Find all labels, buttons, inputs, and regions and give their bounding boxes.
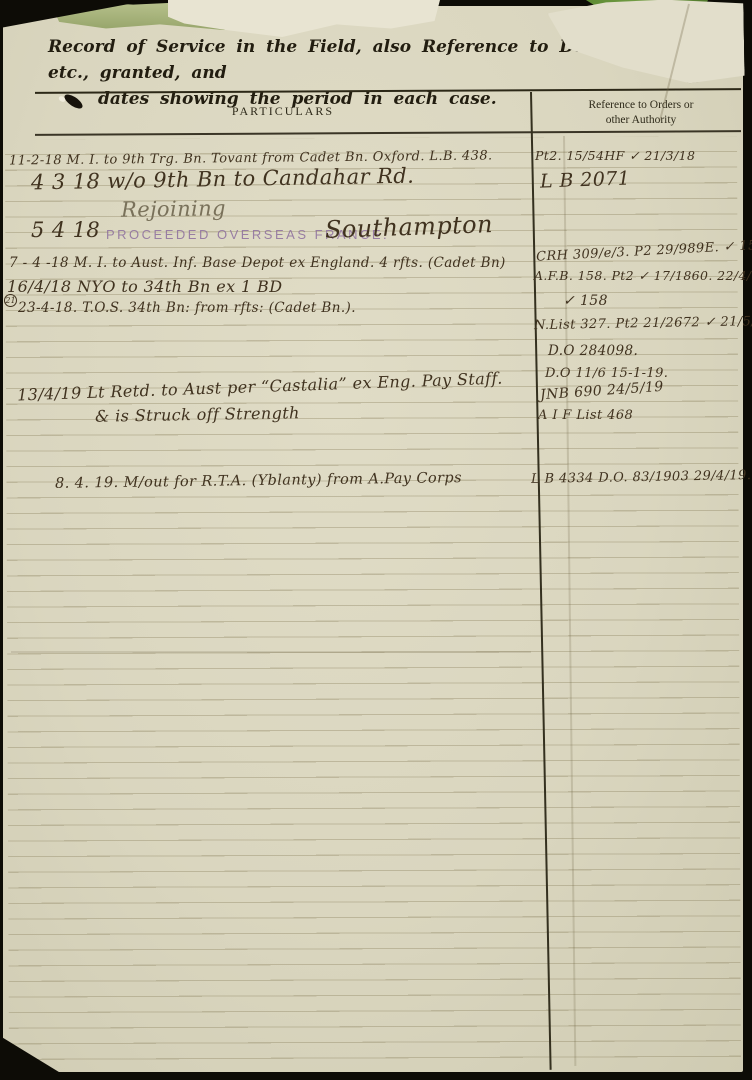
reference-10: A I F List 468 (538, 408, 633, 423)
entry-1918-04-05-date: 5 4 18 (31, 218, 100, 242)
reference-1: Pt2. 15/54HF ✓ 21/3/18 (535, 148, 695, 163)
reference-header-line-1: Reference to Orders or (588, 99, 693, 111)
entry-1918-04-07: 7 - 4 -18 M. I. to Aust. Inf. Base Depot… (9, 255, 506, 271)
reference-7: D.O 284098. (548, 343, 638, 359)
entry-1918-04-16: 16/4/18 NYO to 34th Bn ex 1 BD (7, 277, 282, 296)
document-page: Record of Service in the Field, also Ref… (3, 6, 743, 1072)
reference-5: ✓ 158 (563, 293, 608, 309)
column-header-reference: Reference to Orders or other Authority (543, 98, 739, 128)
reference-2: L B 2071 (540, 167, 631, 192)
horizontal-crease (11, 651, 531, 653)
reference-header-line-2: other Authority (606, 114, 677, 126)
entry-southampton: Southampton (325, 210, 494, 244)
column-header-particulars: PARTICULARS (153, 104, 413, 119)
entry-1918-04-23: 23-4-18. T.O.S. 34th Bn: from rfts: (Cad… (18, 300, 356, 316)
reference-4: A.F.B. 158. Pt2 ✓ 17/1860. 22/4/18 (534, 268, 752, 283)
header-rule-bottom (35, 130, 741, 136)
entry-1919-04-13-line2: & is Struck off Strength (95, 403, 300, 426)
margin-circled-note: 21 (4, 294, 17, 307)
entry-rejoining-pencil: Rejoining (121, 196, 226, 221)
